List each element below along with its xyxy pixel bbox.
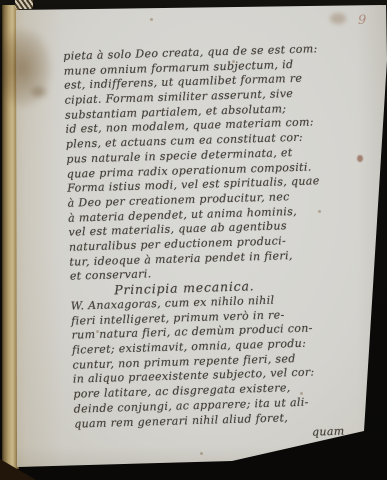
handwritten-text-block: pieta à solo Deo creata, qua de se est c… [63,41,371,447]
binding-headband [15,0,33,9]
paper-fleck [200,452,203,455]
manuscript-scan: 9 pieta à solo Deo creata, qua de se est… [0,0,387,480]
page-number: 9 [358,13,366,28]
paper-fleck [150,18,153,21]
